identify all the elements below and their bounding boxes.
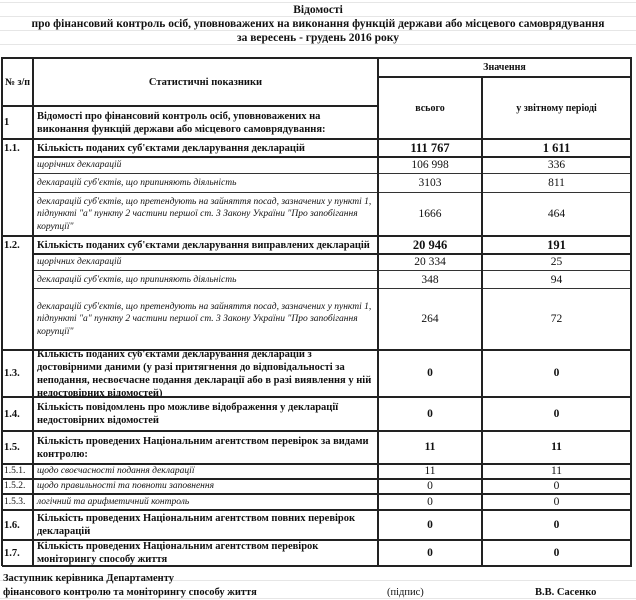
row-number <box>2 193 33 236</box>
value-total: 3103 <box>378 174 482 193</box>
header-divider <box>378 76 632 78</box>
header-values: Значення <box>378 58 631 77</box>
value-total: 0 <box>378 540 482 566</box>
value-period: 0 <box>482 350 631 397</box>
row-label: Кількість проведених Національним агентс… <box>33 510 378 540</box>
value-total: 0 <box>378 479 482 494</box>
header-indicators: Статистичні показники <box>33 58 378 106</box>
value-period: 0 <box>482 479 631 494</box>
value-total: 0 <box>378 494 482 510</box>
table-right-border <box>630 57 632 566</box>
row-number: 1.3. <box>2 350 33 397</box>
row-number: 1 <box>2 106 33 139</box>
value-total: 20 946 <box>378 236 482 254</box>
row-label: щодо своєчасності подання декларації <box>33 464 378 479</box>
row-label: декларацій суб'єктів, що припиняють діял… <box>33 271 378 289</box>
header-number: № з/п <box>2 58 33 106</box>
value-period: 811 <box>482 174 631 193</box>
value-period: 0 <box>482 494 631 510</box>
row-divider <box>2 565 632 567</box>
table-left-border <box>1 57 3 566</box>
value-total: 0 <box>378 510 482 540</box>
row-number: 1.1. <box>2 139 33 157</box>
row-number: 1.4. <box>2 397 33 431</box>
value-period: 11 <box>482 431 631 464</box>
row-number: 1.5.3. <box>2 494 33 510</box>
column-divider <box>377 57 379 566</box>
value-period: 336 <box>482 157 631 174</box>
value-period: 1 611 <box>482 139 631 157</box>
row-number <box>2 157 33 174</box>
value-period: 0 <box>482 510 631 540</box>
row-label: Кількість поданих суб'єктами декларуванн… <box>33 139 378 157</box>
report-subtitle: про фінансовий контроль осіб, уповноваже… <box>0 17 636 31</box>
row-label: щорічних декларацій <box>33 254 378 271</box>
report-period: за вересень - грудень 2016 року <box>0 31 636 45</box>
row-label: Кількість повідомлень про можливе відобр… <box>33 397 378 431</box>
value-total: 0 <box>378 397 482 431</box>
value-total: 0 <box>378 350 482 397</box>
row-label: щорічних декларацій <box>33 157 378 174</box>
column-divider <box>481 76 483 566</box>
column-divider <box>32 57 34 566</box>
row-label: декларацій суб'єктів, що припиняють діял… <box>33 174 378 193</box>
row-number <box>2 289 33 350</box>
table-top-border <box>2 57 632 59</box>
report-title: Відомості <box>0 3 636 17</box>
header-divider <box>2 105 378 107</box>
value-period: 464 <box>482 193 631 236</box>
value-period: 25 <box>482 254 631 271</box>
value-total <box>378 106 482 139</box>
value-total: 264 <box>378 289 482 350</box>
row-number <box>2 254 33 271</box>
value-total: 11 <box>378 464 482 479</box>
footer-position-line1: Заступник керівника Департаменту <box>3 572 174 585</box>
row-number <box>2 174 33 193</box>
row-number: 1.6. <box>2 510 33 540</box>
value-total: 20 334 <box>378 254 482 271</box>
value-period: 191 <box>482 236 631 254</box>
row-label: логічний та арифметичний контроль <box>33 494 378 510</box>
value-period: 94 <box>482 271 631 289</box>
footer-signatory-name: В.В. Сасенко <box>535 586 596 599</box>
row-label: Відомості про фінансовий контроль осіб, … <box>33 106 378 139</box>
row-label: Кількість проведених Національним агентс… <box>33 431 378 464</box>
value-period: 0 <box>482 397 631 431</box>
value-period: 0 <box>482 540 631 566</box>
row-number: 1.7. <box>2 540 33 566</box>
value-total: 348 <box>378 271 482 289</box>
row-label: Кількість поданих суб'єктами декларуванн… <box>33 350 378 397</box>
row-number: 1.2. <box>2 236 33 254</box>
row-number: 1.5.1. <box>2 464 33 479</box>
value-period: 11 <box>482 464 631 479</box>
row-label: щодо правильності та повноти заповнення <box>33 479 378 494</box>
value-period <box>482 106 631 139</box>
row-label: декларацій суб'єктів, що претендують на … <box>33 193 378 236</box>
value-total: 11 <box>378 431 482 464</box>
row-label: Кількість поданих суб'єктами декларуванн… <box>33 236 378 254</box>
value-total: 106 998 <box>378 157 482 174</box>
row-label: декларацій суб'єктів, що претендують на … <box>33 289 378 350</box>
footer-signature: (підпис) <box>387 586 424 599</box>
value-total: 111 767 <box>378 139 482 157</box>
value-period: 72 <box>482 289 631 350</box>
row-number: 1.5. <box>2 431 33 464</box>
value-total: 1666 <box>378 193 482 236</box>
row-number: 1.5.2. <box>2 479 33 494</box>
row-label: Кількість проведених Національним агентс… <box>33 540 378 566</box>
row-number <box>2 271 33 289</box>
footer-position-line2: фінансового контролю та моніторингу спос… <box>3 586 257 599</box>
